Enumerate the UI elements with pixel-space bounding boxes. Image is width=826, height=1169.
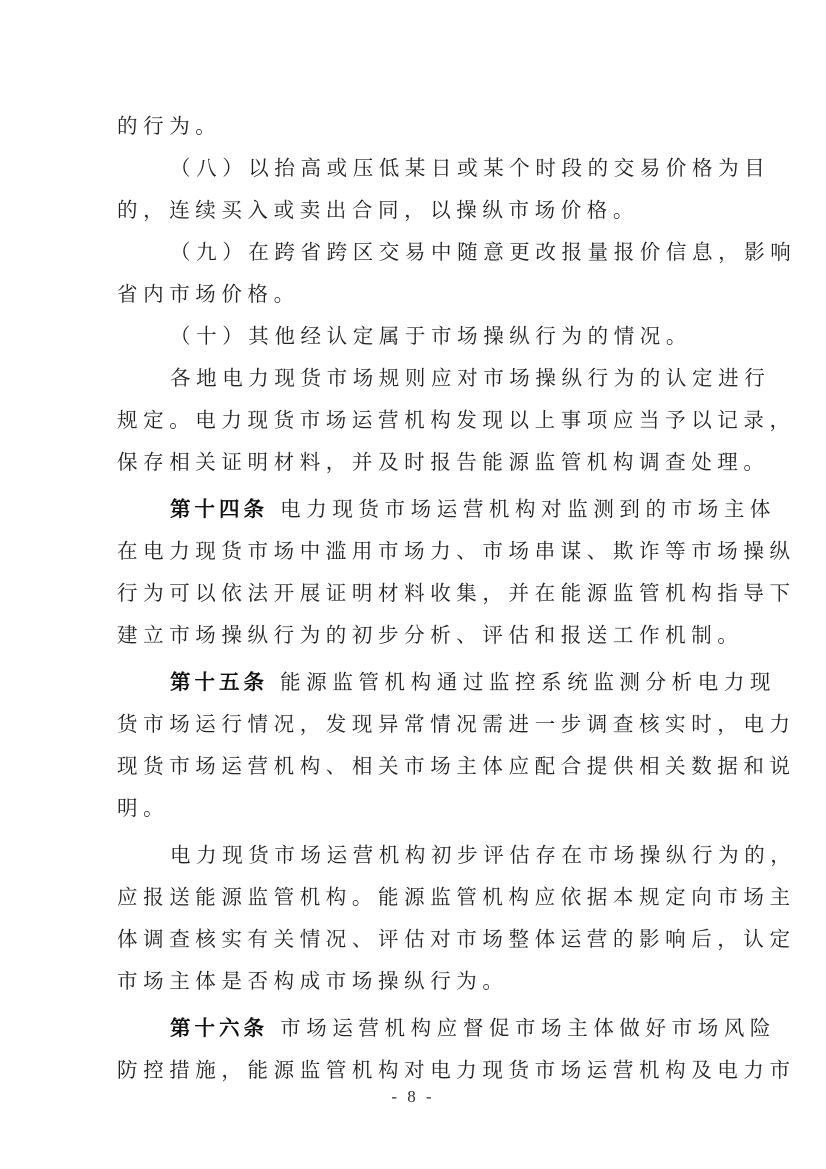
text-line: 的行为。 (117, 108, 717, 150)
article-16-first-line: 第十六条 市场运营机构应督促市场主体做好市场风险 (117, 1010, 717, 1052)
article-15-heading: 第十五条 (170, 670, 268, 694)
text-line: （九）在跨省跨区交易中随意更改报量报价信息，影响 (117, 234, 717, 276)
text-line: 建立市场操纵行为的初步分析、评估和报送工作机制。 (117, 617, 717, 664)
text-line: 体调查核实有关情况、评估对市场整体运营的影响后，认定 (117, 921, 717, 963)
article-15-first-line: 第十五条 能源监管机构通过监控系统监测分析电力现 (117, 664, 717, 706)
text-line: （十）其他经认定属于市场操纵行为的情况。 (117, 318, 717, 360)
document-body: 的行为。 （八）以抬高或压低某日或某个时段的交易价格为目 的，连续买入或卖出合同… (117, 108, 717, 1094)
article-14-first-line: 第十四条 电力现货市场运营机构对监测到的市场主体 (117, 491, 717, 533)
text-line: 保存相关证明材料，并及时报告能源监管机构调查处理。 (117, 444, 717, 491)
text-line: 在电力现货市场中滥用市场力、市场串谋、欺诈等市场操纵 (117, 533, 717, 575)
text-line: 应报送能源监管机构。能源监管机构应依据本规定向市场主 (117, 879, 717, 921)
text-line: （八）以抬高或压低某日或某个时段的交易价格为目 (117, 150, 717, 192)
article-14-text: 电力现货市场运营机构对监测到的市场主体 (268, 497, 776, 521)
article-16-heading: 第十六条 (170, 1016, 268, 1040)
text-line: 明。 (117, 790, 717, 837)
text-line: 货市场运行情况，发现异常情况需进一步调查核实时，电力 (117, 706, 717, 748)
text-line: 各地电力现货市场规则应对市场操纵行为的认定进行 (117, 360, 717, 402)
text-line: 行为可以依法开展证明材料收集，并在能源监管机构指导下 (117, 575, 717, 617)
text-line: 市场主体是否构成市场操纵行为。 (117, 963, 717, 1010)
article-16-text: 市场运营机构应督促市场主体做好市场风险 (268, 1016, 776, 1040)
text-line: 规定。电力现货市场运营机构发现以上事项应当予以记录， (117, 402, 717, 444)
text-line: 的，连续买入或卖出合同，以操纵市场价格。 (117, 192, 717, 234)
article-15-text: 能源监管机构通过监控系统监测分析电力现 (268, 670, 776, 694)
text-line: 省内市场价格。 (117, 276, 717, 318)
page-number: - 8 - (0, 1087, 826, 1107)
text-line: 电力现货市场运营机构初步评估存在市场操纵行为的， (117, 837, 717, 879)
text-line: 现货市场运营机构、相关市场主体应配合提供相关数据和说 (117, 748, 717, 790)
article-14-heading: 第十四条 (170, 497, 268, 521)
